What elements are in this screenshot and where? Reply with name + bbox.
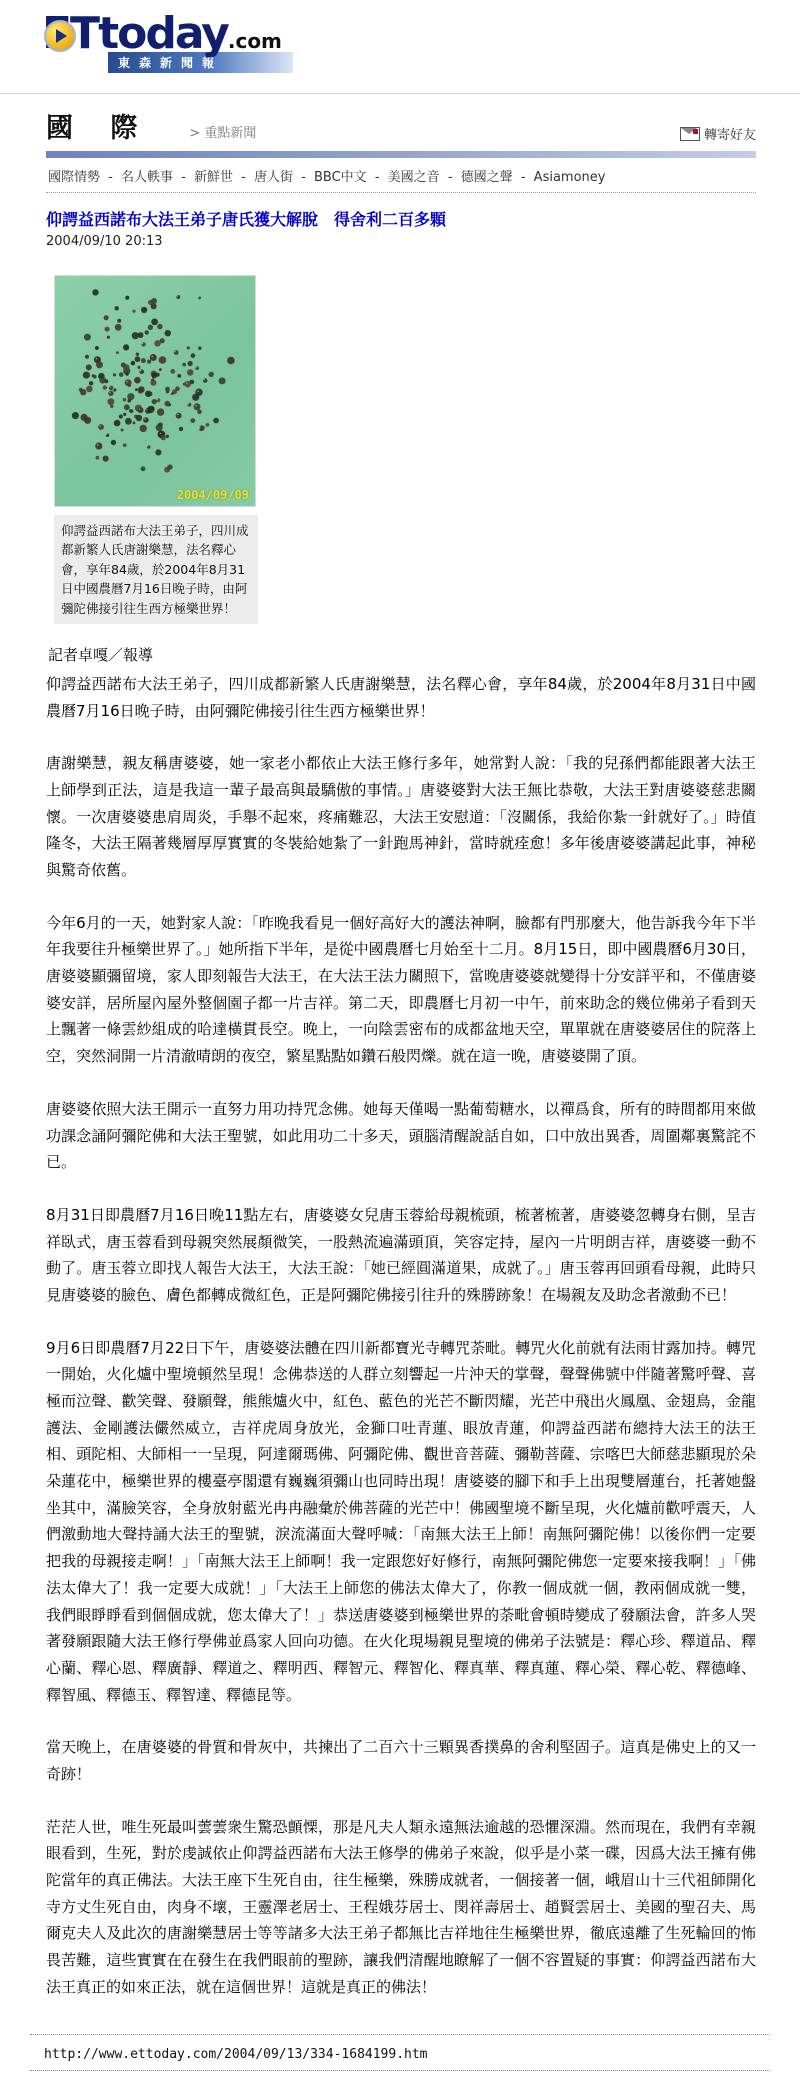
nav-separator: - [521, 170, 526, 185]
forward-label: 轉寄好友 [704, 124, 756, 143]
paragraph: 8月31日即農曆7月16日晚11點左右，唐婆婆女兒唐玉蓉給母親梳頭，梳著梳著，唐… [46, 1202, 756, 1309]
article-footer: http://www.ettoday.com/2004/09/13/334-16… [0, 2034, 800, 2097]
source-url: http://www.ettoday.com/2004/09/13/334-16… [44, 2047, 428, 2062]
breadcrumb[interactable]: > 重點新聞 [189, 122, 256, 145]
article-title: 仰諤益西諾布大法王弟子唐氏獲大解脫 得舍利二百多顆 [46, 207, 756, 230]
forward-to-friend-link[interactable]: 轉寄好友 [680, 124, 756, 145]
envelope-icon [680, 127, 700, 141]
paragraph: 唐謝樂慧，親友稱唐婆婆，她一家老小都依止大法王修行多年，她常對人說：「我的兒孫們… [46, 750, 756, 883]
article-body: 仰諤益西諾布大法王弟子，四川成都新繁人氏唐謝樂慧，法名釋心會，享年84歲，於20… [46, 671, 756, 2001]
paragraph: 9月6日即農曆7月22日下午，唐婆婆法體在四川新都寶光寺轉咒荼毗。轉咒火化前就有… [46, 1335, 756, 1709]
nav-separator: - [108, 170, 113, 185]
section-blue-bar [46, 151, 756, 158]
subnav: 國際情勢 - 名人軼事 - 新鮮世 - 唐人街 - BBC中文 - 美國之音 -… [46, 158, 756, 193]
nav-separator: - [241, 170, 246, 185]
photo-caption: 仰諤益西諾布大法王弟子，四川成都新繁人氏唐謝樂慧，法名釋心會，享年84歲，於20… [54, 515, 258, 624]
nav-link-voa[interactable]: 美國之音 [388, 170, 440, 185]
nav-separator: - [301, 170, 306, 185]
paragraph: 今年6月的一天，她對家人說：「昨晚我看見一個好高好大的護法神啊，臉都有門那麼大，… [46, 910, 756, 1070]
nav-separator: - [181, 170, 186, 185]
nav-link-dw[interactable]: 德國之聲 [461, 170, 513, 185]
page: ETtoday.com 東森新聞報 國 際 > 重點新聞 轉寄好友 國際情勢 -… [0, 0, 800, 2097]
byline: 記者卓嘎／報導 [48, 644, 756, 665]
nav-separator: - [375, 170, 380, 185]
nav-separator: - [448, 170, 453, 185]
section-title: 國 際 [46, 106, 151, 145]
paragraph: 唐婆婆依照大法王開示一直努力用功持咒念佛。她每天僅喝一點葡萄糖水，以禪爲食，所有… [46, 1096, 756, 1176]
paragraph: 茫茫人世，唯生死最叫蕓蕓衆生驚恐顫慄，那是凡夫人類永遠無法逾越的恐懼深淵。然而現… [46, 1814, 756, 2001]
relics-photo: 2004/09/09 [54, 275, 256, 507]
logo-com-text: .com [228, 29, 282, 53]
play-icon [44, 20, 76, 52]
nav-link-chinatown[interactable]: 唐人街 [254, 170, 293, 185]
nav-link-celebrities[interactable]: 名人軼事 [121, 170, 173, 185]
ettoday-logo[interactable]: ETtoday.com 東森新聞報 [42, 12, 293, 73]
article-date: 2004/09/10 20:13 [46, 234, 756, 249]
nav-link-bbc-chinese[interactable]: BBC中文 [314, 170, 367, 185]
section-header: 國 際 > 重點新聞 轉寄好友 [0, 94, 800, 149]
site-header: ETtoday.com 東森新聞報 [0, 0, 800, 79]
relic-dots-image [55, 276, 255, 506]
photo-block: 2004/09/09 仰諤益西諾布大法王弟子，四川成都新繁人氏唐謝樂慧，法名釋心… [54, 275, 258, 624]
paragraph: 仰諤益西諾布大法王弟子，四川成都新繁人氏唐謝樂慧，法名釋心會，享年84歲，於20… [46, 671, 756, 724]
nav-link-asiamoney[interactable]: Asiamoney [534, 170, 606, 185]
logo-today-text: today [98, 8, 228, 59]
nav-link-fresh-world[interactable]: 新鮮世 [194, 170, 233, 185]
photo-timestamp: 2004/09/09 [177, 488, 249, 502]
article: 仰諤益西諾布大法王弟子唐氏獲大解脫 得舍利二百多顆 2004/09/10 20:… [46, 207, 756, 2000]
paragraph: 當天晚上，在唐婆婆的骨質和骨灰中，共揀出了二百六十三顆異香撲鼻的舍利堅固子。這真… [46, 1734, 756, 1787]
nav-link-intl-situation[interactable]: 國際情勢 [48, 170, 100, 185]
